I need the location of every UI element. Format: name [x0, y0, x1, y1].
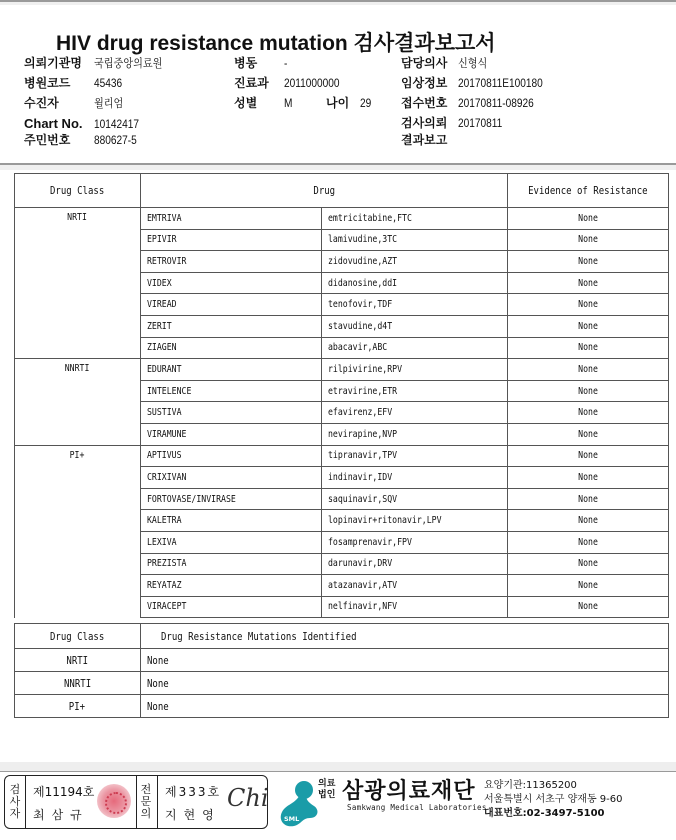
generic-cell: etravirine,ETR: [322, 380, 508, 402]
generic-cell: stavudine,d4T: [322, 315, 508, 337]
table-row: NNRTI None: [15, 672, 669, 695]
divider: [25, 775, 26, 829]
info-value: 45436: [94, 77, 122, 92]
brand-cell: VIREAD: [140, 294, 322, 316]
evidence-cell: None: [508, 510, 669, 532]
info-request-date: 검사의뢰20170811: [401, 116, 508, 132]
evidence-cell: None: [508, 272, 669, 294]
info-patient-name: 수진자윌리엄: [24, 96, 127, 112]
signature-box: 검 사 자 제11194호 최삼규 전 문 의 제333호 지현영 Chi: [4, 775, 268, 829]
info-value: 20170811-08926: [458, 97, 534, 112]
section-divider-shade: [0, 165, 676, 170]
evidence-cell: None: [508, 575, 669, 597]
evidence-cell: None: [508, 229, 669, 251]
org-phone: 대표번호:02-3497-5100: [484, 807, 605, 820]
info-value: 10142417: [94, 118, 139, 133]
evidence-cell: None: [508, 467, 669, 489]
examiner-label: 검 사 자: [5, 776, 25, 828]
examiner-name: 최삼규: [33, 806, 89, 823]
info-value: 신형식: [458, 57, 487, 72]
generic-cell: abacavir,ABC: [322, 337, 508, 359]
header-mutations: Drug Resistance Mutations Identified: [140, 624, 668, 649]
generic-cell: tenofovir,TDF: [322, 294, 508, 316]
evidence-cell: None: [508, 423, 669, 445]
brand-cell: REYATAZ: [140, 575, 322, 597]
drug-class-cell: NNRTI: [15, 672, 141, 695]
info-label: 진료과: [234, 76, 284, 91]
brand-cell: INTELENCE: [140, 380, 322, 402]
generic-cell: nevirapine,NVP: [322, 423, 508, 445]
info-department: 진료과2011000000: [234, 76, 347, 92]
mutations-cell: None: [140, 649, 668, 672]
generic-cell: fosamprenavir,FPV: [322, 531, 508, 553]
info-sex: 성별M: [234, 96, 294, 112]
generic-cell: atazanavir,ATV: [322, 575, 508, 597]
info-label: 수진자: [24, 96, 94, 111]
evidence-cell: None: [508, 445, 669, 467]
generic-cell: lopinavir+ritonavir,LPV: [322, 510, 508, 532]
brand-cell: LEXIVA: [140, 531, 322, 553]
info-resident-no: 주민번호880627-5: [24, 133, 143, 149]
header-drug-class: Drug Class: [15, 174, 141, 208]
brand-cell: PREZISTA: [140, 553, 322, 575]
brand-cell: RETROVIR: [140, 251, 322, 273]
divider: [157, 775, 158, 829]
info-value: 29: [360, 97, 371, 112]
specialist-label: 전 문 의: [136, 776, 156, 828]
info-chart-no: Chart No.10142417: [24, 116, 145, 133]
evidence-cell: None: [508, 402, 669, 424]
info-label: 결과보고: [401, 133, 458, 148]
brand-cell: FORTOVASE/INVIRASE: [140, 488, 322, 510]
drug-class-cell: PI+: [15, 445, 141, 618]
evidence-cell: None: [508, 251, 669, 273]
official-seal-icon: [97, 784, 131, 818]
footer-divider: [0, 771, 676, 772]
mutations-cell: None: [140, 672, 668, 695]
signature: Chi: [227, 784, 269, 812]
info-value: M: [284, 97, 292, 112]
examiner-license: 제11194호: [33, 785, 94, 799]
brand-cell: APTIVUS: [140, 445, 322, 467]
info-value: 880627-5: [94, 134, 137, 149]
info-label: Chart No.: [24, 116, 94, 131]
info-label: 검사의뢰: [401, 116, 458, 131]
drug-resistance-table: Drug Class Drug Evidence of Resistance N…: [14, 173, 669, 618]
generic-cell: nelfinavir,NFV: [322, 596, 508, 618]
generic-cell: darunavir,DRV: [322, 553, 508, 575]
info-value: 국립중앙의료원: [94, 57, 162, 72]
evidence-cell: None: [508, 596, 669, 618]
org-name: 삼광의료재단: [342, 774, 476, 805]
evidence-cell: None: [508, 488, 669, 510]
generic-cell: tipranavir,TPV: [322, 445, 508, 467]
table-row: NNRTI EDURANT rilpivirine,RPV None: [15, 359, 669, 381]
org-english-name: Samkwang Medical Laboratories: [347, 803, 487, 812]
mutations-table: Drug Class Drug Resistance Mutations Ide…: [14, 623, 669, 718]
brand-cell: ZERIT: [140, 315, 322, 337]
generic-cell: indinavir,IDV: [322, 467, 508, 489]
org-address: 서울특별시 서초구 양재동 9-60: [484, 793, 623, 806]
evidence-cell: None: [508, 359, 669, 381]
facility-code: 요양기관:11365200: [484, 779, 577, 792]
generic-cell: didanosine,ddI: [322, 272, 508, 294]
header-drug: Drug: [140, 174, 507, 208]
generic-cell: zidovudine,AZT: [322, 251, 508, 273]
info-requesting-institution: 의뢰기관명국립중앙의료원: [24, 56, 172, 72]
table-row: PI+ APTIVUS tipranavir,TPV None: [15, 445, 669, 467]
brand-cell: VIRACEPT: [140, 596, 322, 618]
mutations-cell: None: [140, 695, 668, 718]
info-label: 의뢰기관명: [24, 56, 94, 71]
info-attending-physician: 담당의사신형식: [401, 56, 491, 72]
header-drug-class: Drug Class: [15, 624, 141, 649]
table-row: NRTI None: [15, 649, 669, 672]
info-label: 성별: [234, 96, 284, 111]
table-row: PI+ None: [15, 695, 669, 718]
drug-class-cell: NRTI: [15, 208, 141, 359]
info-accession-no: 접수번호20170811-08926: [401, 96, 544, 112]
report-title: HIV drug resistance mutation 검사결과보고서: [56, 27, 496, 57]
info-clinical-info: 임상정보20170811E100180: [401, 76, 554, 92]
info-label: 병원코드: [24, 76, 94, 91]
specialist-name: 지현영: [165, 806, 221, 823]
generic-cell: rilpivirine,RPV: [322, 359, 508, 381]
info-value: 20170811: [458, 117, 502, 132]
brand-cell: CRIXIVAN: [140, 467, 322, 489]
org-type-label: 의료 법인: [318, 779, 335, 801]
info-label: 접수번호: [401, 96, 458, 111]
brand-cell: SUSTIVA: [140, 402, 322, 424]
brand-cell: EPIVIR: [140, 229, 322, 251]
info-age: 나이29: [326, 96, 373, 112]
brand-cell: VIDEX: [140, 272, 322, 294]
evidence-cell: None: [508, 531, 669, 553]
info-report-date: 결과보고: [401, 133, 458, 148]
evidence-cell: None: [508, 380, 669, 402]
specialist-license: 제333호: [165, 785, 221, 799]
info-value: 윌리엄: [94, 97, 123, 112]
drug-class-cell: NRTI: [15, 649, 141, 672]
info-label: 담당의사: [401, 56, 458, 71]
header-evidence: Evidence of Resistance: [508, 174, 669, 208]
generic-cell: lamivudine,3TC: [322, 229, 508, 251]
svg-text:SML: SML: [284, 815, 299, 823]
brand-cell: EMTRIVA: [140, 208, 322, 230]
sml-logo-icon: SML: [272, 778, 322, 828]
brand-cell: VIRAMUNE: [140, 423, 322, 445]
info-label: 병동: [234, 56, 284, 71]
info-value: -: [284, 57, 287, 72]
drug-class-cell: PI+: [15, 695, 141, 718]
brand-cell: EDURANT: [140, 359, 322, 381]
brand-cell: ZIAGEN: [140, 337, 322, 359]
generic-cell: saquinavir,SQV: [322, 488, 508, 510]
generic-cell: emtricitabine,FTC: [322, 208, 508, 230]
info-label: 주민번호: [24, 133, 94, 148]
info-value: 2011000000: [284, 77, 340, 92]
info-hospital-code: 병원코드45436: [24, 76, 126, 92]
evidence-cell: None: [508, 315, 669, 337]
evidence-cell: None: [508, 553, 669, 575]
evidence-cell: None: [508, 337, 669, 359]
info-label: 나이: [326, 96, 360, 111]
report-header: HIV drug resistance mutation 검사결과보고서 의뢰기…: [0, 5, 676, 163]
brand-cell: KALETRA: [140, 510, 322, 532]
info-ward: 병동-: [234, 56, 288, 72]
info-label: 임상정보: [401, 76, 458, 91]
evidence-cell: None: [508, 294, 669, 316]
drug-class-cell: NNRTI: [15, 359, 141, 445]
generic-cell: efavirenz,EFV: [322, 402, 508, 424]
info-value: 20170811E100180: [458, 77, 543, 92]
table-row: NRTI EMTRIVA emtricitabine,FTC None: [15, 208, 669, 230]
table-header-row: Drug Class Drug Resistance Mutations Ide…: [15, 624, 669, 649]
table-header-row: Drug Class Drug Evidence of Resistance: [15, 174, 669, 208]
evidence-cell: None: [508, 208, 669, 230]
